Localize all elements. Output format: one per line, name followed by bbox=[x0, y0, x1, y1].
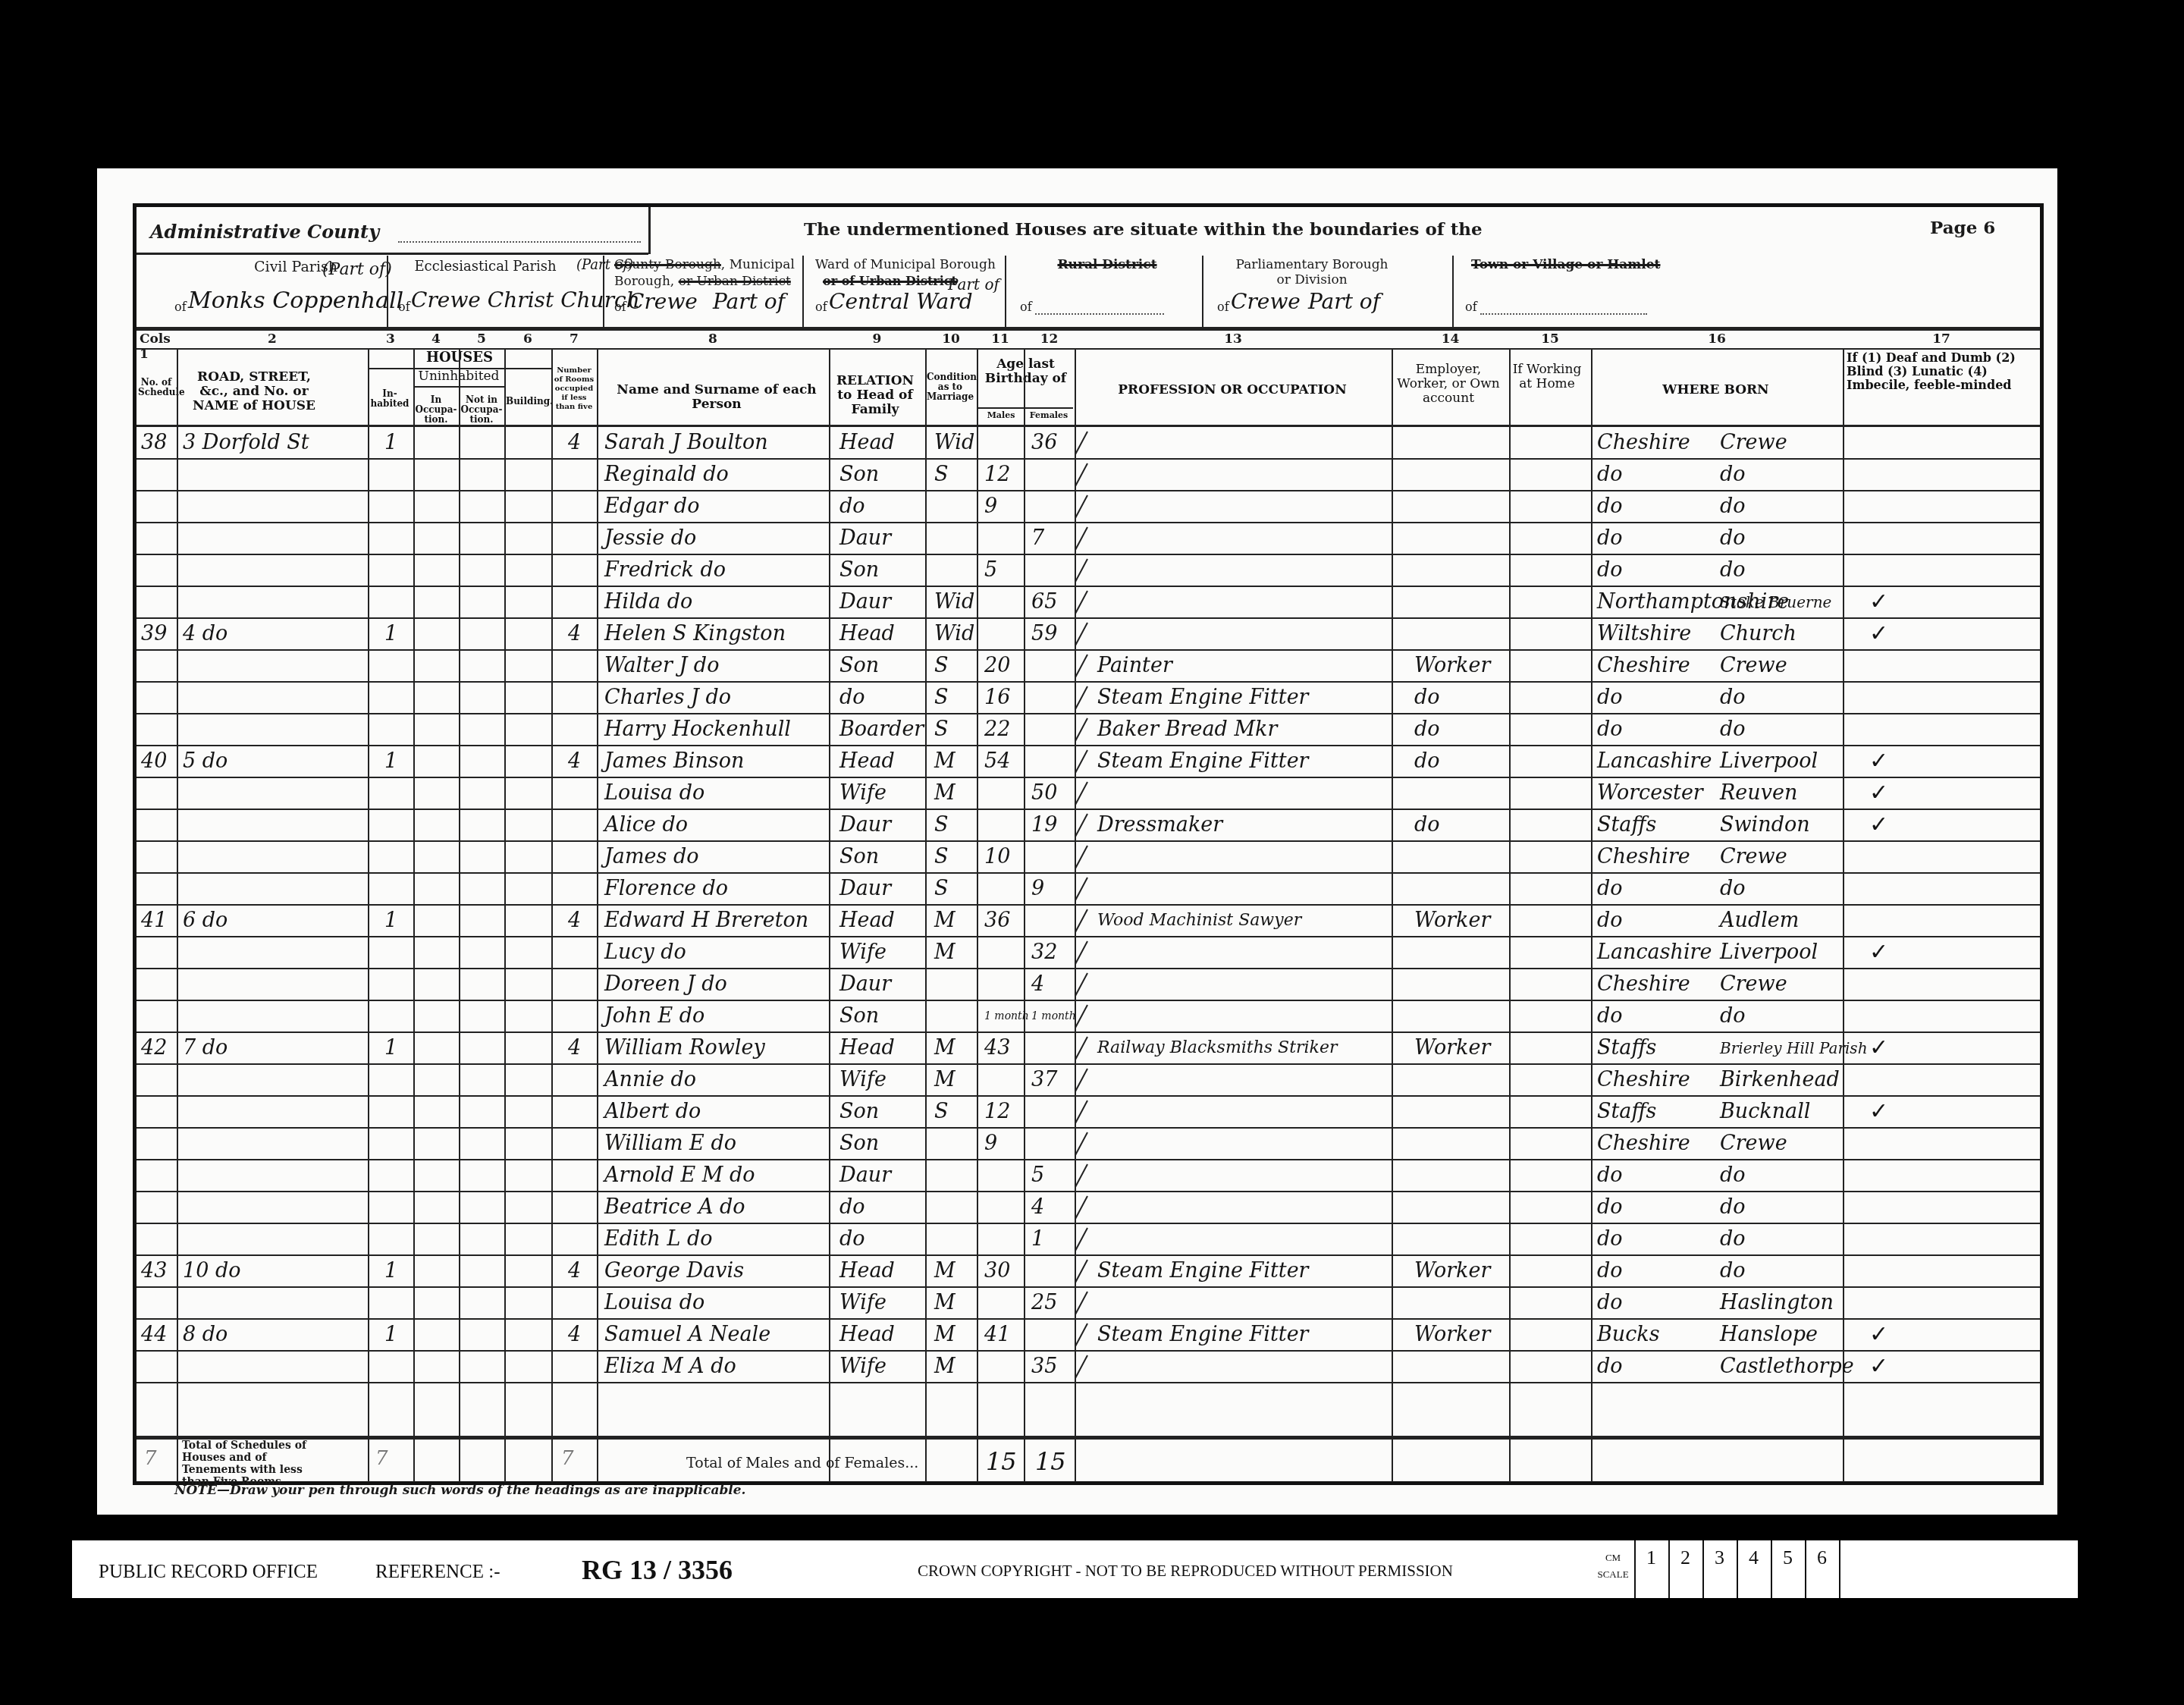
inhabited: 1 bbox=[384, 1319, 397, 1351]
marital-condition: M bbox=[934, 1255, 955, 1287]
struck-label: or Urban District bbox=[679, 274, 791, 289]
person-name: Albert do bbox=[604, 1096, 701, 1128]
age-male: 41 bbox=[984, 1319, 1010, 1351]
tick-mark bbox=[1075, 941, 1088, 965]
birthplace-county: Worcester bbox=[1597, 777, 1703, 809]
birthplace-town: Crewe bbox=[1720, 650, 1787, 682]
reference-number: RG 13 / 3356 bbox=[582, 1554, 733, 1586]
archive-footer: PUBLIC RECORD OFFICE REFERENCE :- RG 13 … bbox=[72, 1536, 2078, 1603]
birthplace-town: Crewe bbox=[1720, 1128, 1787, 1160]
age-female: 35 bbox=[1031, 1351, 1057, 1383]
divider bbox=[1452, 256, 1454, 328]
address: 7 do bbox=[183, 1032, 227, 1064]
occupation: Steam Engine Fitter bbox=[1097, 1255, 1309, 1287]
age-female: 59 bbox=[1031, 618, 1057, 650]
tick-mark bbox=[1075, 1101, 1088, 1124]
total-schedules-label: Total of Schedules of Houses and of Tene… bbox=[182, 1440, 322, 1488]
rural-district-of: of bbox=[1020, 300, 1032, 314]
infirmity-mark: ✓ bbox=[1869, 746, 1888, 777]
rural-district-label: Rural District bbox=[1039, 257, 1175, 272]
total-males: 15 bbox=[986, 1447, 1017, 1476]
marital-condition: M bbox=[934, 1287, 955, 1319]
scale-mark: 3 bbox=[1702, 1540, 1737, 1598]
person-name: Samuel A Neale bbox=[604, 1319, 770, 1351]
col14-heading: Employer, Worker, or Own account bbox=[1392, 363, 1505, 406]
table-row: Arnold E M doDaur5dodo bbox=[136, 1160, 2047, 1192]
birthplace-county: Cheshire bbox=[1597, 969, 1690, 1000]
relation: Head bbox=[839, 427, 895, 459]
person-name: Louisa do bbox=[604, 1287, 704, 1319]
schedule-number: 39 bbox=[141, 618, 167, 650]
tick-mark bbox=[1075, 846, 1088, 869]
marital-condition: M bbox=[934, 905, 955, 937]
birthplace-town: Audlem bbox=[1720, 905, 1799, 937]
municipal-borough-label: County Borough, Municipal bbox=[614, 257, 795, 272]
column-number: 5 bbox=[459, 331, 504, 347]
age-male: 9 bbox=[984, 491, 997, 523]
age-male: 16 bbox=[984, 682, 1010, 714]
col17-heading: If (1) Deaf and Dumb (2) Blind (3) Lunat… bbox=[1847, 351, 2036, 392]
divider bbox=[1005, 256, 1006, 328]
tick-mark bbox=[1075, 1260, 1088, 1283]
civil-parish-note: (Part of) bbox=[322, 260, 392, 279]
table-row: Edgar dodo9dodo bbox=[136, 491, 2047, 523]
age-female: 5 bbox=[1031, 1160, 1044, 1192]
marital-condition: Wid bbox=[934, 618, 974, 650]
infirmity-mark: ✓ bbox=[1869, 1319, 1888, 1351]
birthplace-town: do bbox=[1720, 491, 1746, 523]
occupation: Dressmaker bbox=[1097, 809, 1222, 841]
occupation: Baker Bread Mkr bbox=[1097, 714, 1277, 746]
infirmity-mark: ✓ bbox=[1869, 937, 1888, 969]
marital-condition: M bbox=[934, 1351, 955, 1383]
employment-status: do bbox=[1414, 682, 1440, 714]
person-name: Doreen J do bbox=[604, 969, 727, 1000]
col7-heading: Number of Rooms occupied if less than fi… bbox=[553, 366, 595, 412]
address: 5 do bbox=[183, 746, 227, 777]
marital-condition: S bbox=[934, 459, 949, 491]
ward-label: Ward of Municipal Borough bbox=[815, 257, 996, 272]
col16-heading: WHERE BORN bbox=[1592, 383, 1839, 397]
instructions-note: NOTE—Draw your pen through such words of… bbox=[174, 1483, 746, 1498]
birthplace-county: do bbox=[1597, 554, 1623, 586]
employment-status: do bbox=[1414, 714, 1440, 746]
marital-condition: M bbox=[934, 1032, 955, 1064]
divider bbox=[387, 256, 388, 328]
relation: Daur bbox=[839, 969, 891, 1000]
column-number: 17 bbox=[1843, 331, 2040, 347]
birthplace-town: Birkenhead bbox=[1720, 1064, 1840, 1096]
scale-mark: 1 bbox=[1634, 1540, 1668, 1598]
rural-district-line bbox=[1035, 313, 1164, 315]
relation: Son bbox=[839, 650, 879, 682]
divider bbox=[648, 207, 651, 254]
tick-mark bbox=[1075, 655, 1088, 678]
age-male: 12 bbox=[984, 459, 1010, 491]
birthplace-town: Liverpool bbox=[1720, 937, 1818, 969]
birthplace-county: Cheshire bbox=[1597, 841, 1690, 873]
schedule-number: 43 bbox=[141, 1255, 167, 1287]
address: 6 do bbox=[183, 905, 227, 937]
admin-county-line bbox=[398, 241, 641, 243]
relation: Daur bbox=[839, 873, 891, 905]
birthplace-town: do bbox=[1720, 873, 1746, 905]
birthplace-county: do bbox=[1597, 523, 1623, 554]
admin-county-label: Administrative County bbox=[150, 221, 379, 243]
tick-mark bbox=[1075, 1164, 1088, 1188]
inhabited: 1 bbox=[384, 746, 397, 777]
divider bbox=[136, 253, 648, 255]
relation: Daur bbox=[839, 586, 891, 618]
age-male: 12 bbox=[984, 1096, 1010, 1128]
relation: Daur bbox=[839, 1160, 891, 1192]
age-male: 20 bbox=[984, 650, 1010, 682]
birthplace-county: do bbox=[1597, 459, 1623, 491]
reference-label: REFERENCE :- bbox=[375, 1562, 500, 1583]
col6-heading: Building. bbox=[506, 397, 550, 407]
marital-condition: M bbox=[934, 777, 955, 809]
table-row: Fredrick doSon5dodo bbox=[136, 554, 2047, 586]
table-row: Jessie doDaur7dodo bbox=[136, 523, 2047, 554]
birthplace-town: Bucknall bbox=[1720, 1096, 1810, 1128]
relation: Head bbox=[839, 618, 895, 650]
tick-mark bbox=[1075, 623, 1088, 646]
employment-status: do bbox=[1414, 746, 1440, 777]
rooms: 4 bbox=[568, 1319, 581, 1351]
birthplace-county: Staffs bbox=[1597, 809, 1656, 841]
ward-note: Part of bbox=[948, 275, 999, 294]
age-female: 50 bbox=[1031, 777, 1057, 809]
civil-parish-value: Monks Coppenhall bbox=[188, 287, 403, 314]
tick-mark bbox=[1075, 495, 1088, 519]
rooms: 4 bbox=[568, 427, 581, 459]
table-row: Doreen J doDaur4CheshireCrewe bbox=[136, 969, 2047, 1000]
tick-mark bbox=[1075, 782, 1088, 805]
age-male: 10 bbox=[984, 841, 1010, 873]
birthplace-county: do bbox=[1597, 1287, 1623, 1319]
age-female: 32 bbox=[1031, 937, 1057, 969]
marital-condition: S bbox=[934, 873, 949, 905]
parliamentary-note: Part of bbox=[1308, 289, 1380, 314]
age-female: 9 bbox=[1031, 873, 1044, 905]
person-name: Edward H Brereton bbox=[604, 905, 808, 937]
parliamentary-label: Parliamentary Borough bbox=[1213, 257, 1410, 272]
eccl-parish-label: Ecclesiastical Parish bbox=[398, 259, 573, 275]
table-row: James doSonS10CheshireCrewe bbox=[136, 841, 2047, 873]
table-row: William E doSon9CheshireCrewe bbox=[136, 1128, 2047, 1160]
table-row: Charles J dodoS16Steam Engine Fitterdodo… bbox=[136, 682, 2047, 714]
birthplace-town: Stoke Bruerne bbox=[1720, 586, 1831, 618]
scale-mark: 6 bbox=[1805, 1540, 1839, 1598]
marital-condition: S bbox=[934, 841, 949, 873]
age-female: 37 bbox=[1031, 1064, 1057, 1096]
col13-heading: PROFESSION OR OCCUPATION bbox=[1077, 383, 1388, 397]
person-name: Reginald do bbox=[604, 459, 729, 491]
parliamentary-label2: or Division bbox=[1213, 272, 1410, 287]
employment-status: do bbox=[1414, 809, 1440, 841]
tick-mark bbox=[1075, 559, 1088, 582]
occupation: Steam Engine Fitter bbox=[1097, 1319, 1309, 1351]
rooms: 4 bbox=[568, 1255, 581, 1287]
table-row: Reginald doSonS12dodo bbox=[136, 459, 2047, 491]
person-name: Edith L do bbox=[604, 1223, 713, 1255]
municipal-borough-note: Part of bbox=[713, 289, 785, 314]
col4-heading: In Occupa-tion. bbox=[415, 395, 457, 425]
column-number: 11 bbox=[977, 331, 1024, 347]
birthplace-town: do bbox=[1720, 1160, 1746, 1192]
occupation: Steam Engine Fitter bbox=[1097, 682, 1309, 714]
birthplace-town: Crewe bbox=[1720, 427, 1787, 459]
tick-mark bbox=[1075, 1037, 1088, 1060]
struck-label: County Borough bbox=[614, 257, 721, 272]
age-female: 1 month bbox=[1031, 1000, 1076, 1032]
col12-heading: Females bbox=[1025, 410, 1072, 420]
birthplace-town: do bbox=[1720, 1000, 1746, 1032]
ward-label-struck: or of Urban District bbox=[823, 274, 957, 288]
scale-end bbox=[1839, 1540, 1851, 1598]
birthplace-town: Reuven bbox=[1720, 777, 1797, 809]
relation: do bbox=[839, 682, 865, 714]
table-row: 405 do14James BinsonHeadM54Steam Engine … bbox=[136, 746, 2047, 777]
infirmity-mark: ✓ bbox=[1869, 1032, 1888, 1064]
schedule-number: 44 bbox=[141, 1319, 167, 1351]
tick-mark bbox=[1075, 973, 1088, 997]
copyright-notice: CROWN COPYRIGHT - NOT TO BE REPRODUCED W… bbox=[918, 1562, 1453, 1581]
person-name: Helen S Kingston bbox=[604, 618, 786, 650]
age-heading: Age last Birthday of bbox=[978, 357, 1073, 386]
infirmity-mark: ✓ bbox=[1869, 1096, 1888, 1128]
birthplace-county: Staffs bbox=[1597, 1032, 1656, 1064]
person-name: Alice do bbox=[604, 809, 688, 841]
birthplace-county: Staffs bbox=[1597, 1096, 1656, 1128]
archive-office: PUBLIC RECORD OFFICE bbox=[99, 1562, 318, 1583]
birthplace-town: Brierley Hill Parish bbox=[1720, 1032, 1868, 1064]
age-female: 7 bbox=[1031, 523, 1044, 554]
birthplace-town: do bbox=[1720, 523, 1746, 554]
eccl-parish-value: Crewe Christ Church bbox=[411, 287, 640, 312]
tick-mark bbox=[1075, 591, 1088, 614]
person-name: James Binson bbox=[604, 746, 744, 777]
relation: Wife bbox=[839, 937, 886, 969]
relation: Head bbox=[839, 746, 895, 777]
table-row: 394 do14Helen S KingstonHeadWid59Wiltshi… bbox=[136, 618, 2047, 650]
person-name: William Rowley bbox=[604, 1032, 765, 1064]
table-row: 383 Dorfold St14Sarah J BoultonHeadWid36… bbox=[136, 427, 2047, 459]
birthplace-town: do bbox=[1720, 682, 1746, 714]
marital-condition: M bbox=[934, 1319, 955, 1351]
boundary-text: The undermentioned Houses are situate wi… bbox=[804, 219, 1483, 240]
relation: Wife bbox=[839, 1064, 886, 1096]
table-row: Albert doSonS12StaffsBucknall✓ bbox=[136, 1096, 2047, 1128]
age-female: 4 bbox=[1031, 1192, 1044, 1223]
tick-mark bbox=[1075, 878, 1088, 901]
birthplace-county: Cheshire bbox=[1597, 1128, 1690, 1160]
person-name: Florence do bbox=[604, 873, 728, 905]
municipal-borough-of: of bbox=[614, 300, 626, 314]
birthplace-town: Castlethorpe bbox=[1720, 1351, 1854, 1383]
marital-condition: S bbox=[934, 650, 949, 682]
town-village-line bbox=[1480, 313, 1647, 315]
age-female: 19 bbox=[1031, 809, 1057, 841]
col5-heading: Not in Occupa-tion. bbox=[460, 395, 503, 425]
parliamentary-of: of bbox=[1217, 300, 1229, 314]
age-male: 54 bbox=[984, 746, 1010, 777]
town-village-label: Town or Village or Hamlet bbox=[1471, 257, 1660, 272]
relation: Boarder bbox=[839, 714, 924, 746]
birthplace-town: do bbox=[1720, 1192, 1746, 1223]
tick-mark bbox=[1075, 1005, 1088, 1028]
age-female: 1 bbox=[1031, 1223, 1044, 1255]
person-name: Annie do bbox=[604, 1064, 696, 1096]
marital-condition: S bbox=[934, 714, 949, 746]
column-number: 4 bbox=[413, 331, 459, 347]
inhabited: 1 bbox=[384, 1255, 397, 1287]
relation: do bbox=[839, 491, 865, 523]
scale-mark: 2 bbox=[1668, 1540, 1702, 1598]
municipal-borough-value: Crewe bbox=[628, 289, 698, 314]
birthplace-town: do bbox=[1720, 459, 1746, 491]
table-row: Harry HockenhullBoarderS22Baker Bread Mk… bbox=[136, 714, 2047, 746]
age-male: 30 bbox=[984, 1255, 1010, 1287]
marital-condition: S bbox=[934, 682, 949, 714]
birthplace-town: do bbox=[1720, 714, 1746, 746]
tick-mark bbox=[1075, 1069, 1088, 1092]
tick-mark bbox=[1075, 750, 1088, 774]
inhabited: 1 bbox=[384, 427, 397, 459]
tick-mark bbox=[1075, 718, 1088, 742]
infirmity-mark: ✓ bbox=[1869, 1351, 1888, 1383]
tick-mark bbox=[1075, 432, 1088, 455]
town-village-of: of bbox=[1465, 300, 1477, 314]
col2-heading: ROAD, STREET, &c., and No. or NAME of HO… bbox=[182, 370, 326, 413]
total-females: 15 bbox=[1035, 1447, 1066, 1476]
col10-heading: Condition as to Marriage bbox=[927, 372, 974, 402]
relation: Head bbox=[839, 905, 895, 937]
table-row: Walter J doSonS20PainterWorkerCheshireCr… bbox=[136, 650, 2047, 682]
table-row: Hilda doDaurWid65NorthamptonshireStoke B… bbox=[136, 586, 2047, 618]
divider bbox=[136, 327, 2040, 331]
tick-mark bbox=[1075, 1323, 1088, 1347]
marital-condition: S bbox=[934, 1096, 949, 1128]
ward-of: of bbox=[815, 300, 827, 314]
divider bbox=[136, 348, 2040, 350]
birthplace-county: do bbox=[1597, 1192, 1623, 1223]
birthplace-county: do bbox=[1597, 682, 1623, 714]
schedule-number: 41 bbox=[141, 905, 167, 937]
address: 4 do bbox=[183, 618, 227, 650]
birthplace-town: Crewe bbox=[1720, 841, 1787, 873]
employment-status: Worker bbox=[1414, 1319, 1490, 1351]
tick-mark bbox=[1075, 1132, 1088, 1156]
total-schedules: 7 bbox=[144, 1447, 157, 1470]
rooms: 4 bbox=[568, 1032, 581, 1064]
birthplace-county: do bbox=[1597, 1160, 1623, 1192]
column-number: 8 bbox=[597, 331, 829, 347]
column-number: 10 bbox=[925, 331, 977, 347]
birthplace-town: do bbox=[1720, 554, 1746, 586]
inhabited: 1 bbox=[384, 618, 397, 650]
marital-condition: Wid bbox=[934, 586, 974, 618]
page-number: Page 6 bbox=[1930, 218, 1995, 238]
table-row: Annie doWifeM37CheshireBirkenhead bbox=[136, 1064, 2047, 1096]
scale-mark: 4 bbox=[1737, 1540, 1771, 1598]
table-row: 416 do14Edward H BreretonHeadM36Wood Mac… bbox=[136, 905, 2047, 937]
civil-parish-of: of bbox=[174, 300, 187, 314]
rooms: 4 bbox=[568, 618, 581, 650]
scale-label: CM SCALE bbox=[1596, 1550, 1630, 1583]
table-row: 4310 do14George DavisHeadM30Steam Engine… bbox=[136, 1255, 2047, 1287]
total-rooms: 7 bbox=[561, 1447, 574, 1470]
marital-condition: M bbox=[934, 937, 955, 969]
address: 10 do bbox=[183, 1255, 240, 1287]
birthplace-county: do bbox=[1597, 1223, 1623, 1255]
eccl-parish-of: of bbox=[398, 300, 410, 314]
column-number: 7 bbox=[551, 331, 597, 347]
total-persons-label: Total of Males and of Females... bbox=[686, 1455, 918, 1471]
infirmity-mark: ✓ bbox=[1869, 777, 1888, 809]
tick-mark bbox=[1075, 1196, 1088, 1220]
column-number: 13 bbox=[1075, 331, 1392, 347]
age-male: 5 bbox=[984, 554, 997, 586]
census-form: Administrative County The undermentioned… bbox=[133, 203, 2044, 1485]
column-number: Cols 1 bbox=[140, 331, 177, 362]
relation: Head bbox=[839, 1255, 895, 1287]
birthplace-county: Bucks bbox=[1597, 1319, 1660, 1351]
birthplace-county: do bbox=[1597, 905, 1623, 937]
age-female: 36 bbox=[1031, 427, 1057, 459]
address: 8 do bbox=[183, 1319, 227, 1351]
table-row: Edith L dodo1dodo bbox=[136, 1223, 2047, 1255]
col9-heading: RELATION to Head of Family bbox=[830, 374, 920, 417]
table-row: Louisa doWifeM50WorcesterReuven✓ bbox=[136, 777, 2047, 809]
birthplace-county: do bbox=[1597, 491, 1623, 523]
schedule-number: 40 bbox=[141, 746, 167, 777]
age-male: 9 bbox=[984, 1128, 997, 1160]
relation: Daur bbox=[839, 523, 891, 554]
age-male: 36 bbox=[984, 905, 1010, 937]
tick-mark bbox=[1075, 814, 1088, 837]
marital-condition: S bbox=[934, 809, 949, 841]
parliamentary-value: Crewe bbox=[1231, 289, 1301, 314]
birthplace-county: do bbox=[1597, 1255, 1623, 1287]
birthplace-town: Crewe bbox=[1720, 969, 1787, 1000]
birthplace-county: do bbox=[1597, 873, 1623, 905]
relation: Son bbox=[839, 1000, 879, 1032]
employment-status: Worker bbox=[1414, 1032, 1490, 1064]
inhabited: 1 bbox=[384, 1032, 397, 1064]
birthplace-town: do bbox=[1720, 1223, 1746, 1255]
col3-heading: In-habited bbox=[368, 389, 412, 409]
col1-heading: No. of Schedule bbox=[138, 378, 174, 397]
relation: Son bbox=[839, 459, 879, 491]
relation: Wife bbox=[839, 1287, 886, 1319]
divider bbox=[978, 407, 1073, 409]
relation: do bbox=[839, 1223, 865, 1255]
birthplace-county: Lancashire bbox=[1597, 746, 1712, 777]
inhabited: 1 bbox=[384, 905, 397, 937]
table-row: John E doSon1 month1 monthdodo bbox=[136, 1000, 2047, 1032]
table-row: Alice doDaurS19DressmakerdoStaffsSwindon… bbox=[136, 809, 2047, 841]
column-number: 14 bbox=[1392, 331, 1509, 347]
rooms: 4 bbox=[568, 746, 581, 777]
relation: Wife bbox=[839, 1351, 886, 1383]
divider bbox=[603, 256, 604, 328]
label: , Municipal bbox=[721, 257, 795, 272]
col11-heading: Males bbox=[978, 410, 1024, 420]
column-number: 3 bbox=[368, 331, 413, 347]
employment-status: Worker bbox=[1414, 905, 1490, 937]
age-male: 22 bbox=[984, 714, 1010, 746]
